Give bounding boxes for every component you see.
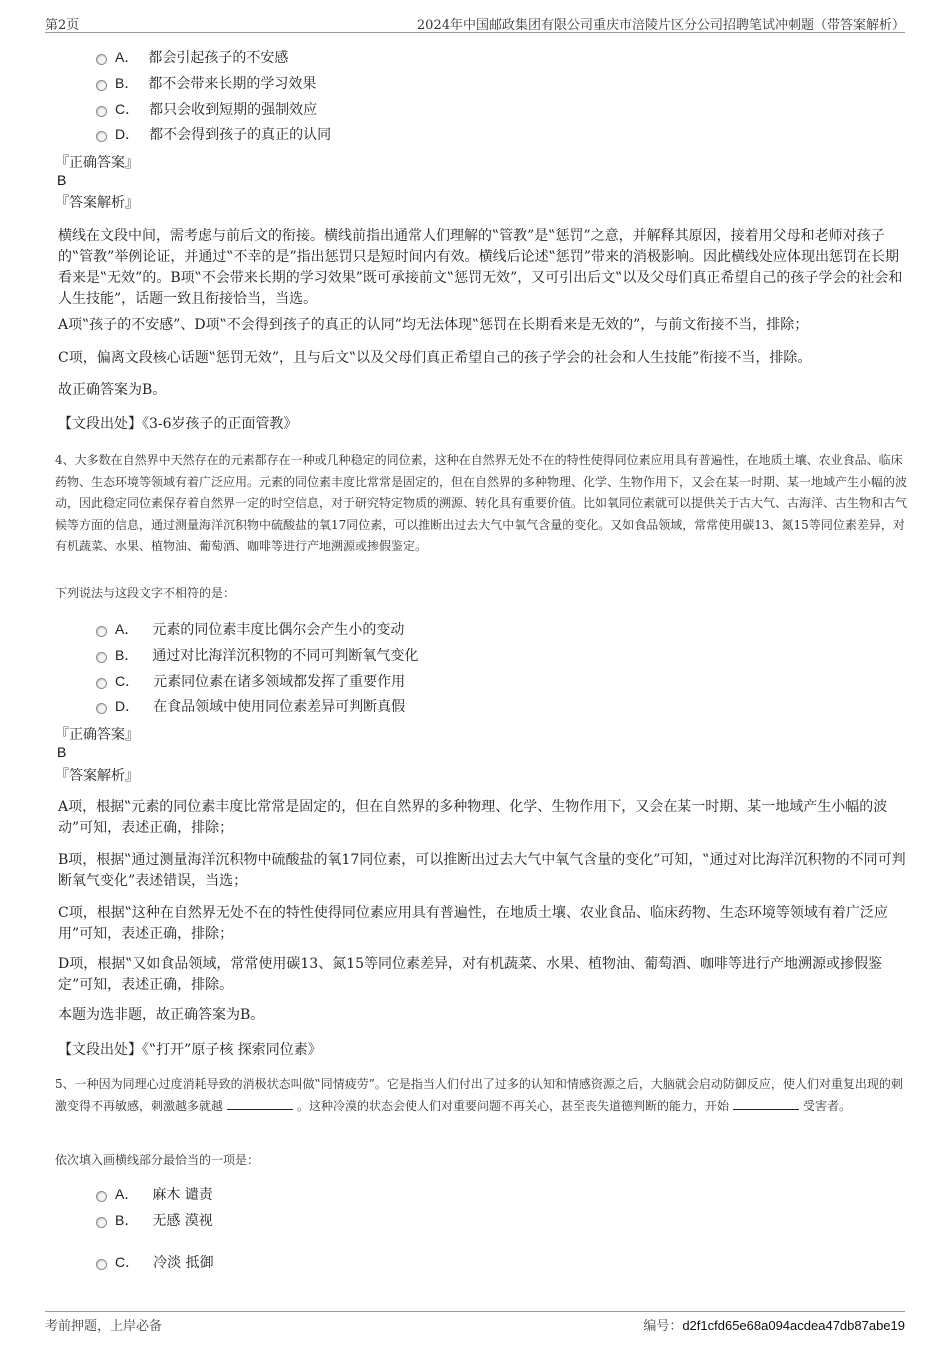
page-header: 第2页 2024年中国邮政集团有限公司重庆市涪陵片区分公司招聘笔试冲刺题（带答案… xyxy=(45,14,905,33)
q4-analysis-label: 『答案解析』 xyxy=(55,765,139,785)
q5-option-c[interactable]: C． 冷淡 抵御 xyxy=(96,1252,214,1272)
radio-icon[interactable] xyxy=(96,703,107,714)
q3-option-c[interactable]: C． 都只会收到短期的强制效应 xyxy=(96,99,317,119)
q4-option-c[interactable]: C． 元素同位素在诸多领域都发挥了重要作用 xyxy=(96,671,405,691)
radio-icon[interactable] xyxy=(96,678,107,689)
q3-analysis-paragraph-4: 故正确答案为B。 xyxy=(58,380,908,401)
radio-icon[interactable] xyxy=(96,1217,107,1228)
q3-correct-answer-label: 『正确答案』 xyxy=(55,152,139,172)
q4-analysis-paragraph-4: D项，根据‟又如食品领域，常常使用碳13、氮15等同位素差异，对有机蔬菜、水果、… xyxy=(58,954,908,996)
q5-option-a[interactable]: A． 麻木 谴责 xyxy=(96,1184,213,1204)
q5-prompt: 依次填入画横线部分最恰当的一项是： xyxy=(55,1150,910,1172)
radio-icon[interactable] xyxy=(96,626,107,637)
radio-icon[interactable] xyxy=(96,131,107,142)
q3-option-b[interactable]: B． 都不会带来长期的学习效果 xyxy=(96,73,316,93)
q4-analysis-paragraph-3: C项，根据‟这种在自然界无处不在的特性使得同位素应用具有普遍性，在地质土壤、农业… xyxy=(58,903,908,945)
q5-stem: 5、一种因为同理心过度消耗导致的消极状态叫做‟同情疲劳”。它是指当人们付出了过多… xyxy=(55,1074,910,1117)
fill-blank-1 xyxy=(227,1097,293,1110)
radio-icon[interactable] xyxy=(96,106,107,117)
q3-analysis-paragraph-2: A项‟孩子的不安感”、D项‟不会得到孩子的真正的认同”均无法体现‟惩罚在长期看来… xyxy=(58,315,908,336)
document-title: 2024年中国邮政集团有限公司重庆市涪陵片区分公司招聘笔试冲刺题（带答案解析） xyxy=(417,14,905,33)
q4-option-a[interactable]: A． 元素的同位素丰度比偶尔会产生小的变动 xyxy=(96,619,404,639)
q4-option-b[interactable]: B． 通过对比海洋沉积物的不同可判断氧气变化 xyxy=(96,645,418,665)
radio-icon[interactable] xyxy=(96,80,107,91)
radio-icon[interactable] xyxy=(96,54,107,65)
document-code: 编号：d2f1cfd65e68a094acdea47db87abe19 xyxy=(643,1315,905,1334)
page-footer: 考前押题，上岸必备 编号：d2f1cfd65e68a094acdea47db87… xyxy=(45,1311,905,1315)
q4-prompt: 下列说法与这段文字不相符的是： xyxy=(55,583,910,605)
q4-analysis-paragraph-5: 本题为选非题，故正确答案为B。 xyxy=(58,1005,908,1026)
q3-option-d[interactable]: D． 都不会得到孩子的真正的认同 xyxy=(96,124,331,144)
q4-option-d[interactable]: D． 在食品领域中使用同位素差异可判断真假 xyxy=(96,696,405,716)
q3-source: 【文段出处】《3-6岁孩子的正面管教》 xyxy=(58,414,908,435)
q4-correct-answer-label: 『正确答案』 xyxy=(55,724,139,744)
q4-analysis-paragraph-1: A项，根据‟元素的同位素丰度比常常是固定的，但在自然界的多种物理、化学、生物作用… xyxy=(58,797,908,839)
q3-option-a[interactable]: A． 都会引起孩子的不安感 xyxy=(96,47,288,67)
q5-option-b[interactable]: B． 无感 漠视 xyxy=(96,1210,213,1230)
radio-icon[interactable] xyxy=(96,652,107,663)
q3-analysis-paragraph-3: C项，偏离文段核心话题‟惩罚无效”，且与后文‟以及父母们真正希望自己的孩子学会的… xyxy=(58,348,908,369)
q4-source: 【文段出处】《‟打开”原子核 探索同位素》 xyxy=(58,1040,908,1061)
fill-blank-2 xyxy=(733,1097,799,1110)
footer-slogan: 考前押题，上岸必备 xyxy=(45,1315,162,1334)
q3-analysis-label: 『答案解析』 xyxy=(55,192,139,212)
q3-correct-answer-value: B xyxy=(57,172,66,188)
page-number: 第2页 xyxy=(45,14,79,33)
q3-analysis-paragraph-1: 横线在文段中间，需考虑与前后文的衔接。横线前指出通常人们理解的‟管教”是‟惩罚”… xyxy=(58,226,908,310)
radio-icon[interactable] xyxy=(96,1259,107,1270)
radio-icon[interactable] xyxy=(96,1191,107,1202)
q4-correct-answer-value: B xyxy=(57,744,66,760)
q4-stem: 4、大多数在自然界中天然存在的元素都存在一种或几种稳定的同位素，这种在自然界无处… xyxy=(55,450,910,558)
q4-analysis-paragraph-2: B项，根据‟通过测量海洋沉积物中硫酸盐的氧17同位素，可以推断出过去大气中氧气含… xyxy=(58,850,908,892)
